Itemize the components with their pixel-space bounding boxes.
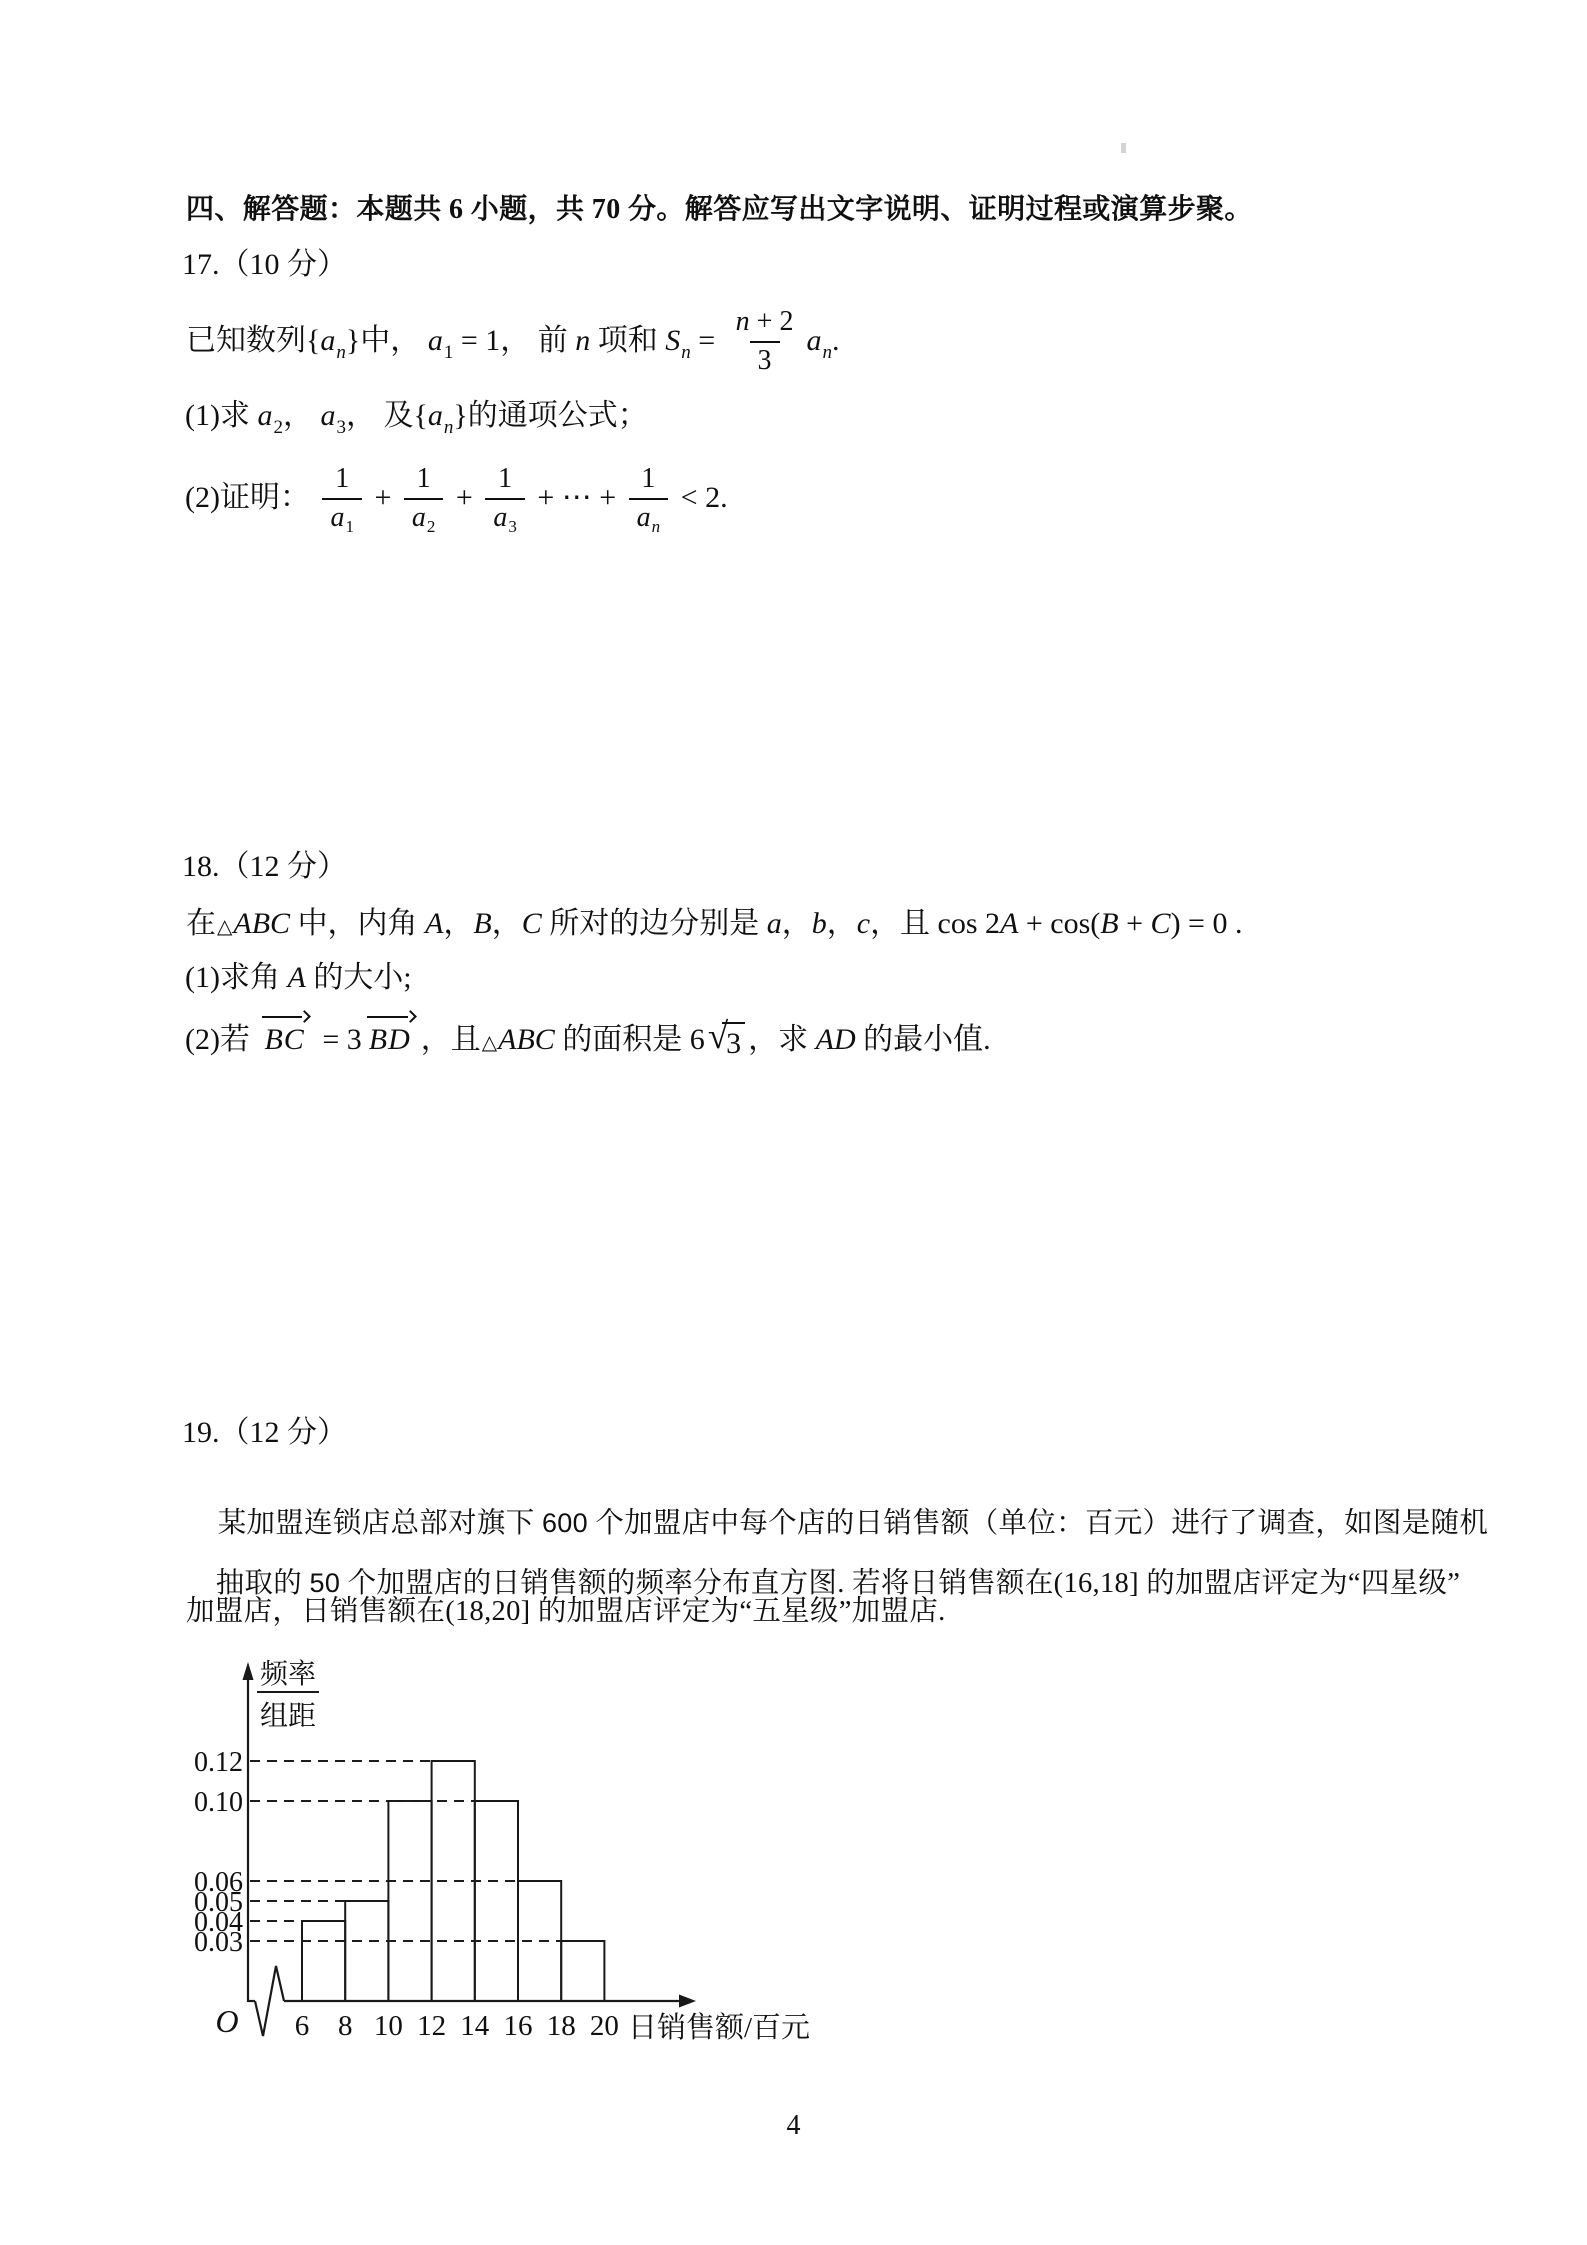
math-mb: a bbox=[428, 399, 443, 432]
q18-part2: (2)若 BC = 3BD，且△ABC 的面积是 6√3，求 AD 的最小值. bbox=[185, 1022, 991, 1062]
math-mt: ， bbox=[827, 907, 857, 940]
math-mt: (1)求 bbox=[185, 399, 257, 432]
math-msub: a1 bbox=[330, 502, 354, 533]
page-number: 4 bbox=[0, 2110, 1587, 2142]
math-mi: B bbox=[473, 907, 491, 940]
math-mden: an bbox=[629, 498, 669, 534]
histogram-bar bbox=[302, 1921, 345, 2001]
math-mt: . bbox=[832, 323, 840, 359]
math-mt: + bbox=[367, 480, 399, 516]
math-ms: n bbox=[336, 342, 346, 363]
math-mnum: 1 bbox=[327, 463, 357, 498]
math-msub: an bbox=[320, 323, 346, 359]
math-ms: 2 bbox=[427, 517, 436, 536]
math-msub: a3 bbox=[320, 399, 346, 432]
math-mb: a bbox=[330, 502, 344, 533]
math-msub: an bbox=[428, 399, 454, 432]
math-mt: ，且 bbox=[421, 1023, 481, 1056]
q19-line3: 加盟店，日销售额在(18,20] 的加盟店评定为“五星级”加盟店. bbox=[186, 1594, 946, 1630]
math-mt: (1)求角 bbox=[185, 961, 287, 994]
math-mt: 在 bbox=[186, 907, 216, 940]
histogram-chart: 0.120.100.060.050.040.0368101214161820O频… bbox=[150, 1650, 910, 2050]
math-mt: < 2. bbox=[673, 480, 727, 516]
math-mtri: △ bbox=[481, 1032, 498, 1054]
math-ms: 2 bbox=[273, 417, 283, 438]
histogram-bar bbox=[561, 1941, 604, 2001]
math-mt: }中， bbox=[346, 323, 428, 359]
math-mfrac: 1a2 bbox=[404, 463, 444, 534]
math-mt: ， 及{ bbox=[346, 399, 428, 432]
math-mi: C bbox=[1151, 907, 1171, 940]
math-mnum: 1 bbox=[409, 463, 439, 498]
math-mi: n bbox=[736, 306, 750, 337]
math-mt: + cos( bbox=[1018, 907, 1100, 940]
math-msub: a2 bbox=[257, 399, 283, 432]
math-mb: a bbox=[412, 502, 426, 533]
math-mt: 1 bbox=[417, 463, 431, 494]
math-mt: ， bbox=[782, 907, 812, 940]
axis-break-zigzag bbox=[255, 1966, 284, 2036]
math-mden: a1 bbox=[322, 498, 362, 534]
math-mden: 3 bbox=[750, 341, 780, 377]
section-header: 四、解答题：本题共 6 小题，共 70 分。解答应写出文字说明、证明过程或演算步… bbox=[186, 192, 1253, 227]
math-mi: a bbox=[767, 907, 782, 940]
math-mt: ， bbox=[283, 399, 321, 432]
q18-given-formula: 在△ABC 中，内角 A，B，C 所对的边分别是 a，b，c，且 cos 2A … bbox=[186, 906, 1242, 942]
math-mt: = 3 bbox=[315, 1023, 362, 1056]
chart-svg: 0.120.100.060.050.040.0368101214161820O频… bbox=[150, 1650, 910, 2050]
math-mt: 1 bbox=[335, 463, 349, 494]
math-msub: an bbox=[637, 502, 661, 533]
histogram-bar bbox=[345, 1901, 388, 2001]
math-mfrac: n + 23 bbox=[728, 306, 802, 377]
math-mb: S bbox=[665, 324, 680, 357]
math-mt: ，求 bbox=[748, 1023, 816, 1056]
math-mt: (2)证明： bbox=[185, 480, 317, 516]
math-mt: 已知数列{ bbox=[186, 323, 320, 359]
math-mt: 中，内角 bbox=[290, 907, 425, 940]
math-mt: = 1， 前 bbox=[453, 323, 575, 359]
math-mb: a bbox=[806, 324, 821, 357]
math-ms: n bbox=[652, 517, 661, 536]
math-mt: + bbox=[448, 480, 480, 516]
q17-part2: (2)证明： 1a1 + 1a2 + 1a3 + ⋯ + 1an < 2. bbox=[185, 455, 728, 541]
math-mt: + ⋯ + bbox=[530, 480, 624, 516]
q17-part1: (1)求 a2， a3， 及{an}的通项公式； bbox=[185, 398, 648, 434]
math-mt: 1 bbox=[498, 463, 512, 494]
y-axis-arrowhead bbox=[243, 1662, 254, 1680]
math-ms: 3 bbox=[508, 517, 517, 536]
math-mvec: BD bbox=[369, 1023, 411, 1056]
x-tick-label: 10 bbox=[374, 2010, 403, 2042]
x-tick-label: 16 bbox=[504, 2010, 533, 2042]
math-mb: a bbox=[320, 399, 335, 432]
math-mi: A bbox=[287, 961, 305, 994]
q17-given-formula: 已知数列{an}中， a1 = 1， 前 n 项和 Sn = n + 23an. bbox=[186, 298, 839, 384]
math-ms: 1 bbox=[444, 342, 454, 363]
math-msub: an bbox=[806, 323, 832, 359]
y-axis-label-numerator: 频率 bbox=[260, 1658, 316, 1690]
x-tick-label: 8 bbox=[338, 2010, 353, 2042]
math-mtri: △ bbox=[216, 916, 233, 938]
math-msqrt: √3 bbox=[708, 1022, 745, 1062]
math-mden: a3 bbox=[485, 498, 525, 534]
exam-page: 四、解答题：本题共 6 小题，共 70 分。解答应写出文字说明、证明过程或演算步… bbox=[0, 0, 1587, 2245]
math-msub: Sn bbox=[665, 323, 691, 359]
math-mi: B bbox=[1100, 907, 1118, 940]
math-mrad: √ bbox=[708, 1021, 728, 1052]
math-mt: 1 bbox=[641, 463, 655, 494]
math-mi: A bbox=[1000, 907, 1018, 940]
math-mt: 的最小值. bbox=[856, 1023, 991, 1056]
math-ms: n bbox=[444, 417, 454, 438]
x-tick-label: 20 bbox=[590, 2010, 619, 2042]
math-mt: 项和 bbox=[590, 323, 665, 359]
math-mi: c bbox=[857, 907, 870, 940]
math-mb: a bbox=[320, 324, 335, 357]
y-tick-label: 0.10 bbox=[194, 1787, 243, 1818]
y-tick-label: 0.12 bbox=[194, 1747, 243, 1778]
math-mden: a2 bbox=[404, 498, 444, 534]
math-mt: + 2 bbox=[750, 306, 794, 337]
math-mfrac: 1a3 bbox=[485, 463, 525, 534]
math-mnum: n + 2 bbox=[728, 306, 802, 341]
math-mi: b bbox=[812, 907, 827, 940]
math-mt: ，且 cos 2 bbox=[870, 907, 1000, 940]
math-mb: a bbox=[493, 502, 507, 533]
math-msub: a3 bbox=[493, 502, 517, 533]
math-mt: 的面积是 6 bbox=[555, 1023, 705, 1056]
histogram-bar bbox=[475, 1801, 518, 2001]
math-mt: ) = 0 . bbox=[1171, 907, 1243, 940]
math-mt: 的大小; bbox=[306, 961, 412, 994]
x-axis-label: 日销售额/百元 bbox=[628, 2011, 810, 2044]
math-mi: C bbox=[522, 907, 542, 940]
math-mb: a bbox=[257, 399, 272, 432]
origin-label: O bbox=[215, 2003, 238, 2039]
math-mb: a bbox=[428, 324, 443, 357]
question-19-label: 19.（12 分） bbox=[182, 1414, 347, 1452]
math-mi: ABC bbox=[233, 907, 290, 940]
x-tick-label: 18 bbox=[547, 2010, 576, 2042]
y-axis-label-denominator: 组距 bbox=[260, 1700, 316, 1732]
math-ms: n bbox=[822, 342, 832, 363]
math-mt: = bbox=[691, 323, 723, 359]
math-mi: ABC bbox=[498, 1023, 555, 1056]
math-msub: a1 bbox=[428, 323, 454, 359]
histogram-bar bbox=[388, 1801, 431, 2001]
math-mt: ， bbox=[443, 907, 473, 940]
math-mt: + bbox=[1119, 907, 1151, 940]
math-ms: 3 bbox=[336, 417, 346, 438]
question-18-label: 18.（12 分） bbox=[182, 848, 347, 886]
math-mnum: 1 bbox=[490, 463, 520, 498]
math-mvec: BC bbox=[264, 1023, 304, 1056]
math-mb: a bbox=[637, 502, 651, 533]
question-17-label: 17.（10 分） bbox=[182, 246, 347, 284]
math-mt: 3 bbox=[758, 345, 772, 376]
math-mi: A bbox=[425, 907, 443, 940]
x-tick-label: 6 bbox=[295, 2010, 310, 2042]
math-mfrac: 1an bbox=[629, 463, 669, 534]
math-mt: (2)若 bbox=[185, 1023, 257, 1056]
y-tick-label: 0.03 bbox=[194, 1927, 243, 1958]
x-axis-arrowhead bbox=[679, 1995, 696, 2008]
x-tick-label: 12 bbox=[417, 2010, 446, 2042]
scan-artifact bbox=[1121, 143, 1126, 153]
x-tick-label: 14 bbox=[460, 2010, 490, 2042]
math-ms: n bbox=[681, 342, 691, 363]
math-ms: 1 bbox=[345, 517, 354, 536]
math-mi: AD bbox=[816, 1023, 856, 1056]
math-mfrac: 1a1 bbox=[322, 463, 362, 534]
math-mt: }的通项公式； bbox=[453, 399, 647, 432]
math-mi: n bbox=[575, 323, 590, 359]
math-mnum: 1 bbox=[633, 463, 663, 498]
math-msub: a2 bbox=[412, 502, 436, 533]
math-mt: 所对的边分别是 bbox=[542, 907, 767, 940]
math-mt: ， bbox=[492, 907, 522, 940]
q18-part1: (1)求角 A 的大小; bbox=[185, 960, 412, 996]
